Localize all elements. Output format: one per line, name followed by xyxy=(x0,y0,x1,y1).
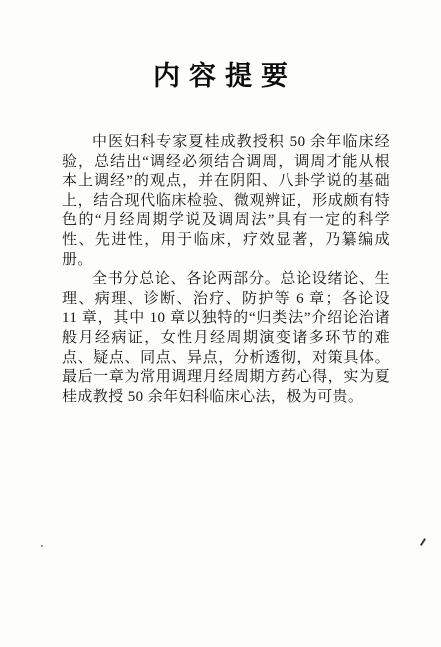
page-title: 内容提要 xyxy=(0,60,441,94)
scan-artifact xyxy=(41,545,43,547)
scanned-book-page: 内容提要 中医妇科专家夏桂成教授积 50 余年临床经验，总结出“调经必须结合调周… xyxy=(0,0,441,647)
scan-artifact xyxy=(420,538,426,546)
abstract-paragraph-1: 中医妇科专家夏桂成教授积 50 余年临床经验，总结出“调经必须结合调周，调周才能… xyxy=(62,133,390,270)
abstract-body: 中医妇科专家夏桂成教授积 50 余年临床经验，总结出“调经必须结合调周，调周才能… xyxy=(62,133,390,407)
abstract-paragraph-2: 全书分总论、各论两部分。总论设绪论、生理、病理、诊断、治疗、防护等 6 章；各论… xyxy=(62,270,390,407)
